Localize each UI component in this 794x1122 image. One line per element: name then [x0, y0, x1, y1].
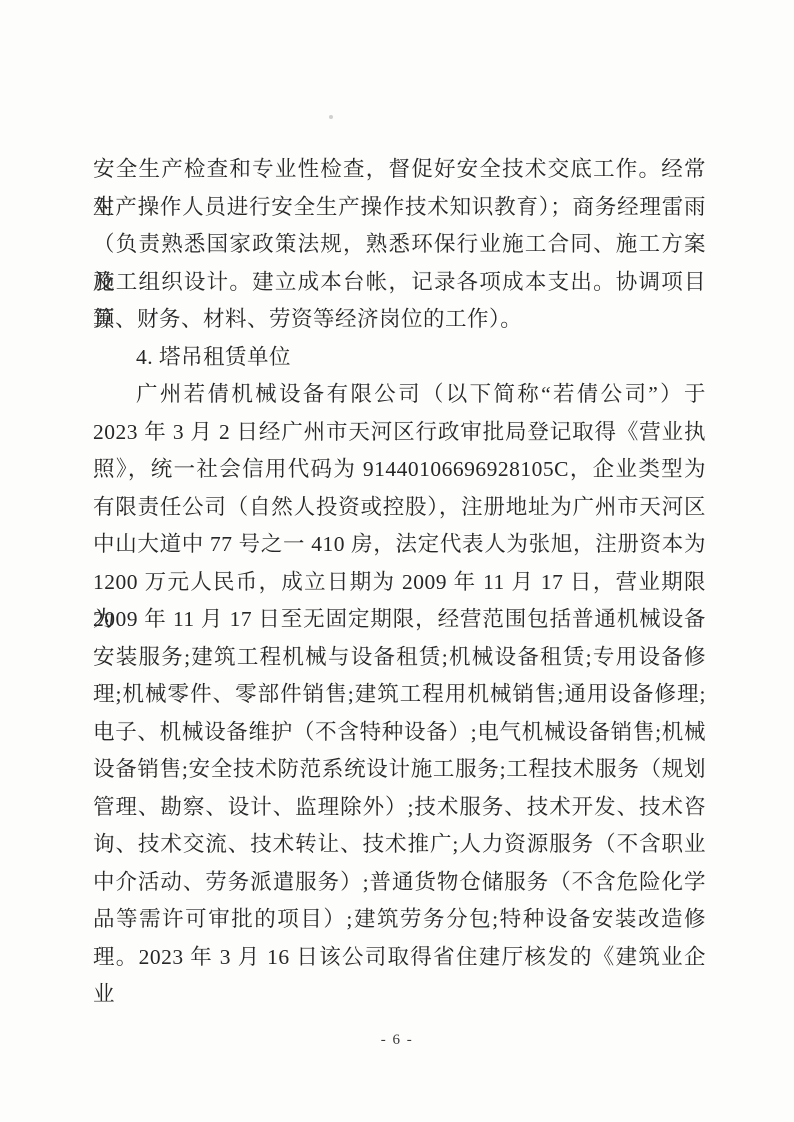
text-line: 算、财务、材料、劳资等经济岗位的工作）。 [93, 301, 706, 339]
text-line: 管理、勘察、设计、监理除外）;技术服务、技术开发、技术咨 [93, 789, 706, 827]
text-line: 安全生产检查和专业性检查，督促好安全技术交底工作。经常对 [93, 151, 706, 189]
page-number: - 6 - [0, 1032, 794, 1049]
text-line: 安装服务;建筑工程机械与设备租赁;机械设备租赁;专用设备修 [93, 639, 706, 677]
document-page: 安全生产检查和专业性检查，督促好安全技术交底工作。经常对 生产操作人员进行安全生… [0, 0, 794, 1122]
text-line: 询、技术交流、技术转让、技术推广;人力资源服务（不含职业 [93, 826, 706, 864]
text-line: 中介活动、劳务派遣服务）;普通货物仓储服务（不含危险化学 [93, 864, 706, 902]
text-line: 品等需许可审批的项目）;建筑劳务分包;特种设备安装改造修 [93, 901, 706, 939]
text-line: 2023 年 3 月 2 日经广州市天河区行政审批局登记取得《营业执 [93, 414, 706, 452]
text-line: 设备销售;安全技术防范系统设计施工服务;工程技术服务（规划 [93, 751, 706, 789]
text-line: 广州若倩机械设备有限公司（以下简称“若倩公司”）于 [93, 376, 706, 414]
text-line: 电子、机械设备维护（不含特种设备）;电气机械设备销售;机械 [93, 714, 706, 752]
scan-speck [329, 115, 333, 119]
text-line: （负责熟悉国家政策法规，熟悉环保行业施工合同、施工方案及 [93, 226, 706, 264]
text-line: 2009 年 11 月 17 日至无固定期限，经营范围包括普通机械设备 [93, 601, 706, 639]
text-line: 有限责任公司（自然人投资或控股），注册地址为广州市天河区 [93, 489, 706, 527]
text-line: 照》，统一社会信用代码为 91440106696928105C，企业类型为 [93, 451, 706, 489]
section-heading: 4. 塔吊租赁单位 [93, 339, 706, 377]
text-line: 理。2023 年 3 月 16 日该公司取得省住建厅核发的《建筑业企业 [93, 939, 706, 977]
text-line: 生产操作人员进行安全生产操作技术知识教育）；商务经理雷雨 [93, 189, 706, 227]
text-line: 中山大道中 77 号之一 410 房，法定代表人为张旭，注册资本为 [93, 526, 706, 564]
text-line: 1200 万元人民币，成立日期为 2009 年 11 月 17 日，营业期限为 [93, 564, 706, 602]
text-line: 理;机械零件、零部件销售;建筑工程用机械销售;通用设备修理; [93, 676, 706, 714]
text-line: 施工组织设计。建立成本台帐，记录各项成本支出。协调项目预 [93, 264, 706, 302]
document-body: 安全生产检查和专业性检查，督促好安全技术交底工作。经常对 生产操作人员进行安全生… [93, 151, 706, 976]
